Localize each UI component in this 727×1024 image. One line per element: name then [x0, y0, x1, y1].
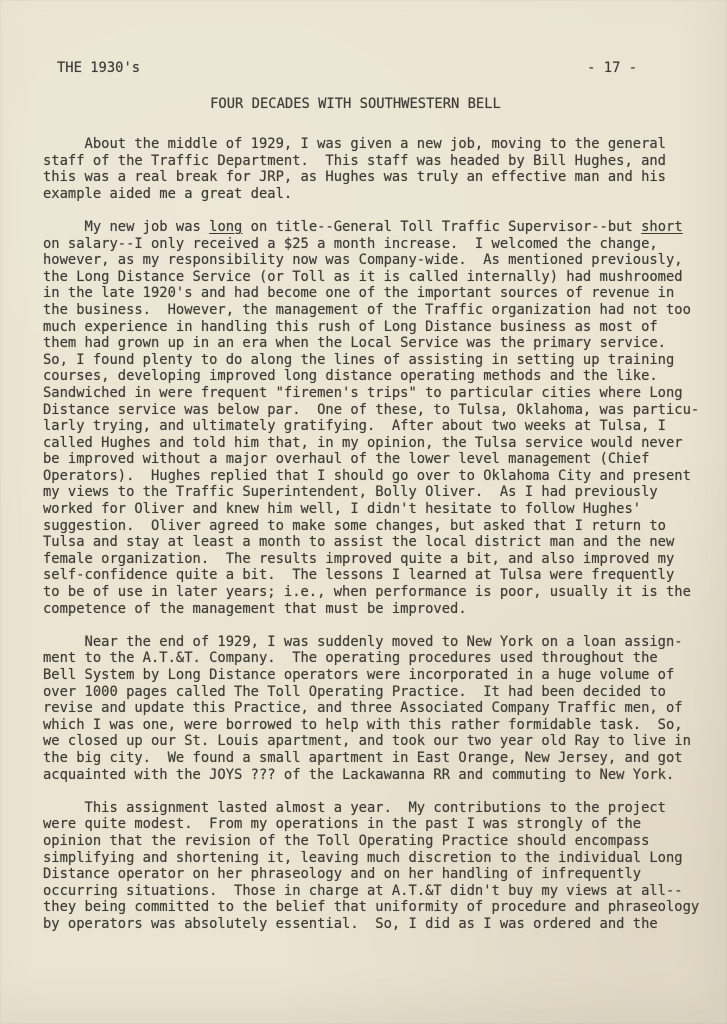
text-line: called Hughes and told him that, in my o…	[43, 435, 713, 452]
text-line: in the late 1920's and had become one of…	[43, 285, 713, 302]
text-line: by operators was absolutely essential. S…	[43, 916, 713, 933]
text-line: occurring situations. Those in charge at…	[43, 883, 713, 900]
text-line: to be of use in later years; i.e., when …	[43, 584, 713, 601]
text-line: Tulsa and stay at least a month to assis…	[43, 534, 713, 551]
text-line: on salary--I only received a $25 a month…	[43, 236, 713, 253]
text-line: acquainted with the JOYS ??? of the Lack…	[43, 767, 713, 784]
paragraph: My new job was long on title--General To…	[43, 219, 713, 617]
paragraph: About the middle of 1929, I was given a …	[43, 136, 713, 202]
text-line: About the middle of 1929, I was given a …	[43, 136, 713, 153]
text-line: Sandwiched in were frequent "firemen's t…	[43, 385, 713, 402]
text-line: simplifying and shortening it, leaving m…	[43, 850, 713, 867]
text-line: the business. However, the management of…	[43, 302, 713, 319]
text-line: this was a real break for JRP, as Hughes…	[43, 169, 713, 186]
text-line: opinion that the revision of the Toll Op…	[43, 833, 713, 850]
page-header: THE 1930's - 17 -	[57, 60, 637, 77]
text-line: self-confidence quite a bit. The lessons…	[43, 567, 713, 584]
text-line: ment to the A.T.&T. Company. The operati…	[43, 650, 713, 667]
text-line: Distance operator on her phraseology and…	[43, 866, 713, 883]
text-line: courses, developing improved long distan…	[43, 368, 713, 385]
text-line: competence of the management that must b…	[43, 601, 713, 618]
text-line: suggestion. Oliver agreed to make some c…	[43, 518, 713, 535]
text-segment: My new job was	[43, 219, 209, 235]
text-line: over 1000 pages called The Toll Operatin…	[43, 684, 713, 701]
text-line: Near the end of 1929, I was suddenly mov…	[43, 634, 713, 651]
text-line: example aided me a great deal.	[43, 186, 713, 203]
text-line: the big city. We found a small apartment…	[43, 750, 713, 767]
paragraph: This assignment lasted almost a year. My…	[43, 800, 713, 933]
text-line: were quite modest. From my operations in…	[43, 816, 713, 833]
text-line: My new job was long on title--General To…	[43, 219, 713, 236]
text-line: worked for Oliver and knew him well, I d…	[43, 501, 713, 518]
text-line: staff of the Traffic Department. This st…	[43, 153, 713, 170]
text-line: So, I found plenty to do along the lines…	[43, 352, 713, 369]
typewritten-page: THE 1930's - 17 - FOUR DECADES WITH SOUT…	[0, 0, 727, 1024]
paragraph: Near the end of 1929, I was suddenly mov…	[43, 634, 713, 783]
text-line: which I was one, were borrowed to help w…	[43, 717, 713, 734]
text-line: revise and update this Practice, and thr…	[43, 700, 713, 717]
text-line: them had grown up in an era when the Loc…	[43, 335, 713, 352]
text-line: Operators). Hughes replied that I should…	[43, 468, 713, 485]
underlined-text: long	[209, 219, 242, 235]
text-line: female organization. The results improve…	[43, 551, 713, 568]
document-title: FOUR DECADES WITH SOUTHWESTERN BELL	[0, 96, 711, 113]
header-section-label: THE 1930's	[57, 60, 140, 77]
text-segment: on title--General Toll Traffic Superviso…	[242, 219, 641, 235]
text-line: much experience in handling this rush of…	[43, 319, 713, 336]
text-line: they being committed to the belief that …	[43, 899, 713, 916]
page-number: - 17 -	[587, 60, 637, 77]
text-line: Distance service was below par. One of t…	[43, 402, 713, 419]
text-line: however, as my responsibility now was Co…	[43, 252, 713, 269]
text-line: This assignment lasted almost a year. My…	[43, 800, 713, 817]
text-line: my views to the Traffic Superintendent, …	[43, 484, 713, 501]
text-line: be improved without a major overhaul of …	[43, 451, 713, 468]
text-line: Bell System by Long Distance operators w…	[43, 667, 713, 684]
text-line: we closed up our St. Louis apartment, an…	[43, 733, 713, 750]
text-line: the Long Distance Service (or Toll as it…	[43, 269, 713, 286]
text-line: larly trying, and ultimately gratifying.…	[43, 418, 713, 435]
underlined-text: short	[641, 219, 683, 235]
document-body: About the middle of 1929, I was given a …	[43, 136, 713, 949]
